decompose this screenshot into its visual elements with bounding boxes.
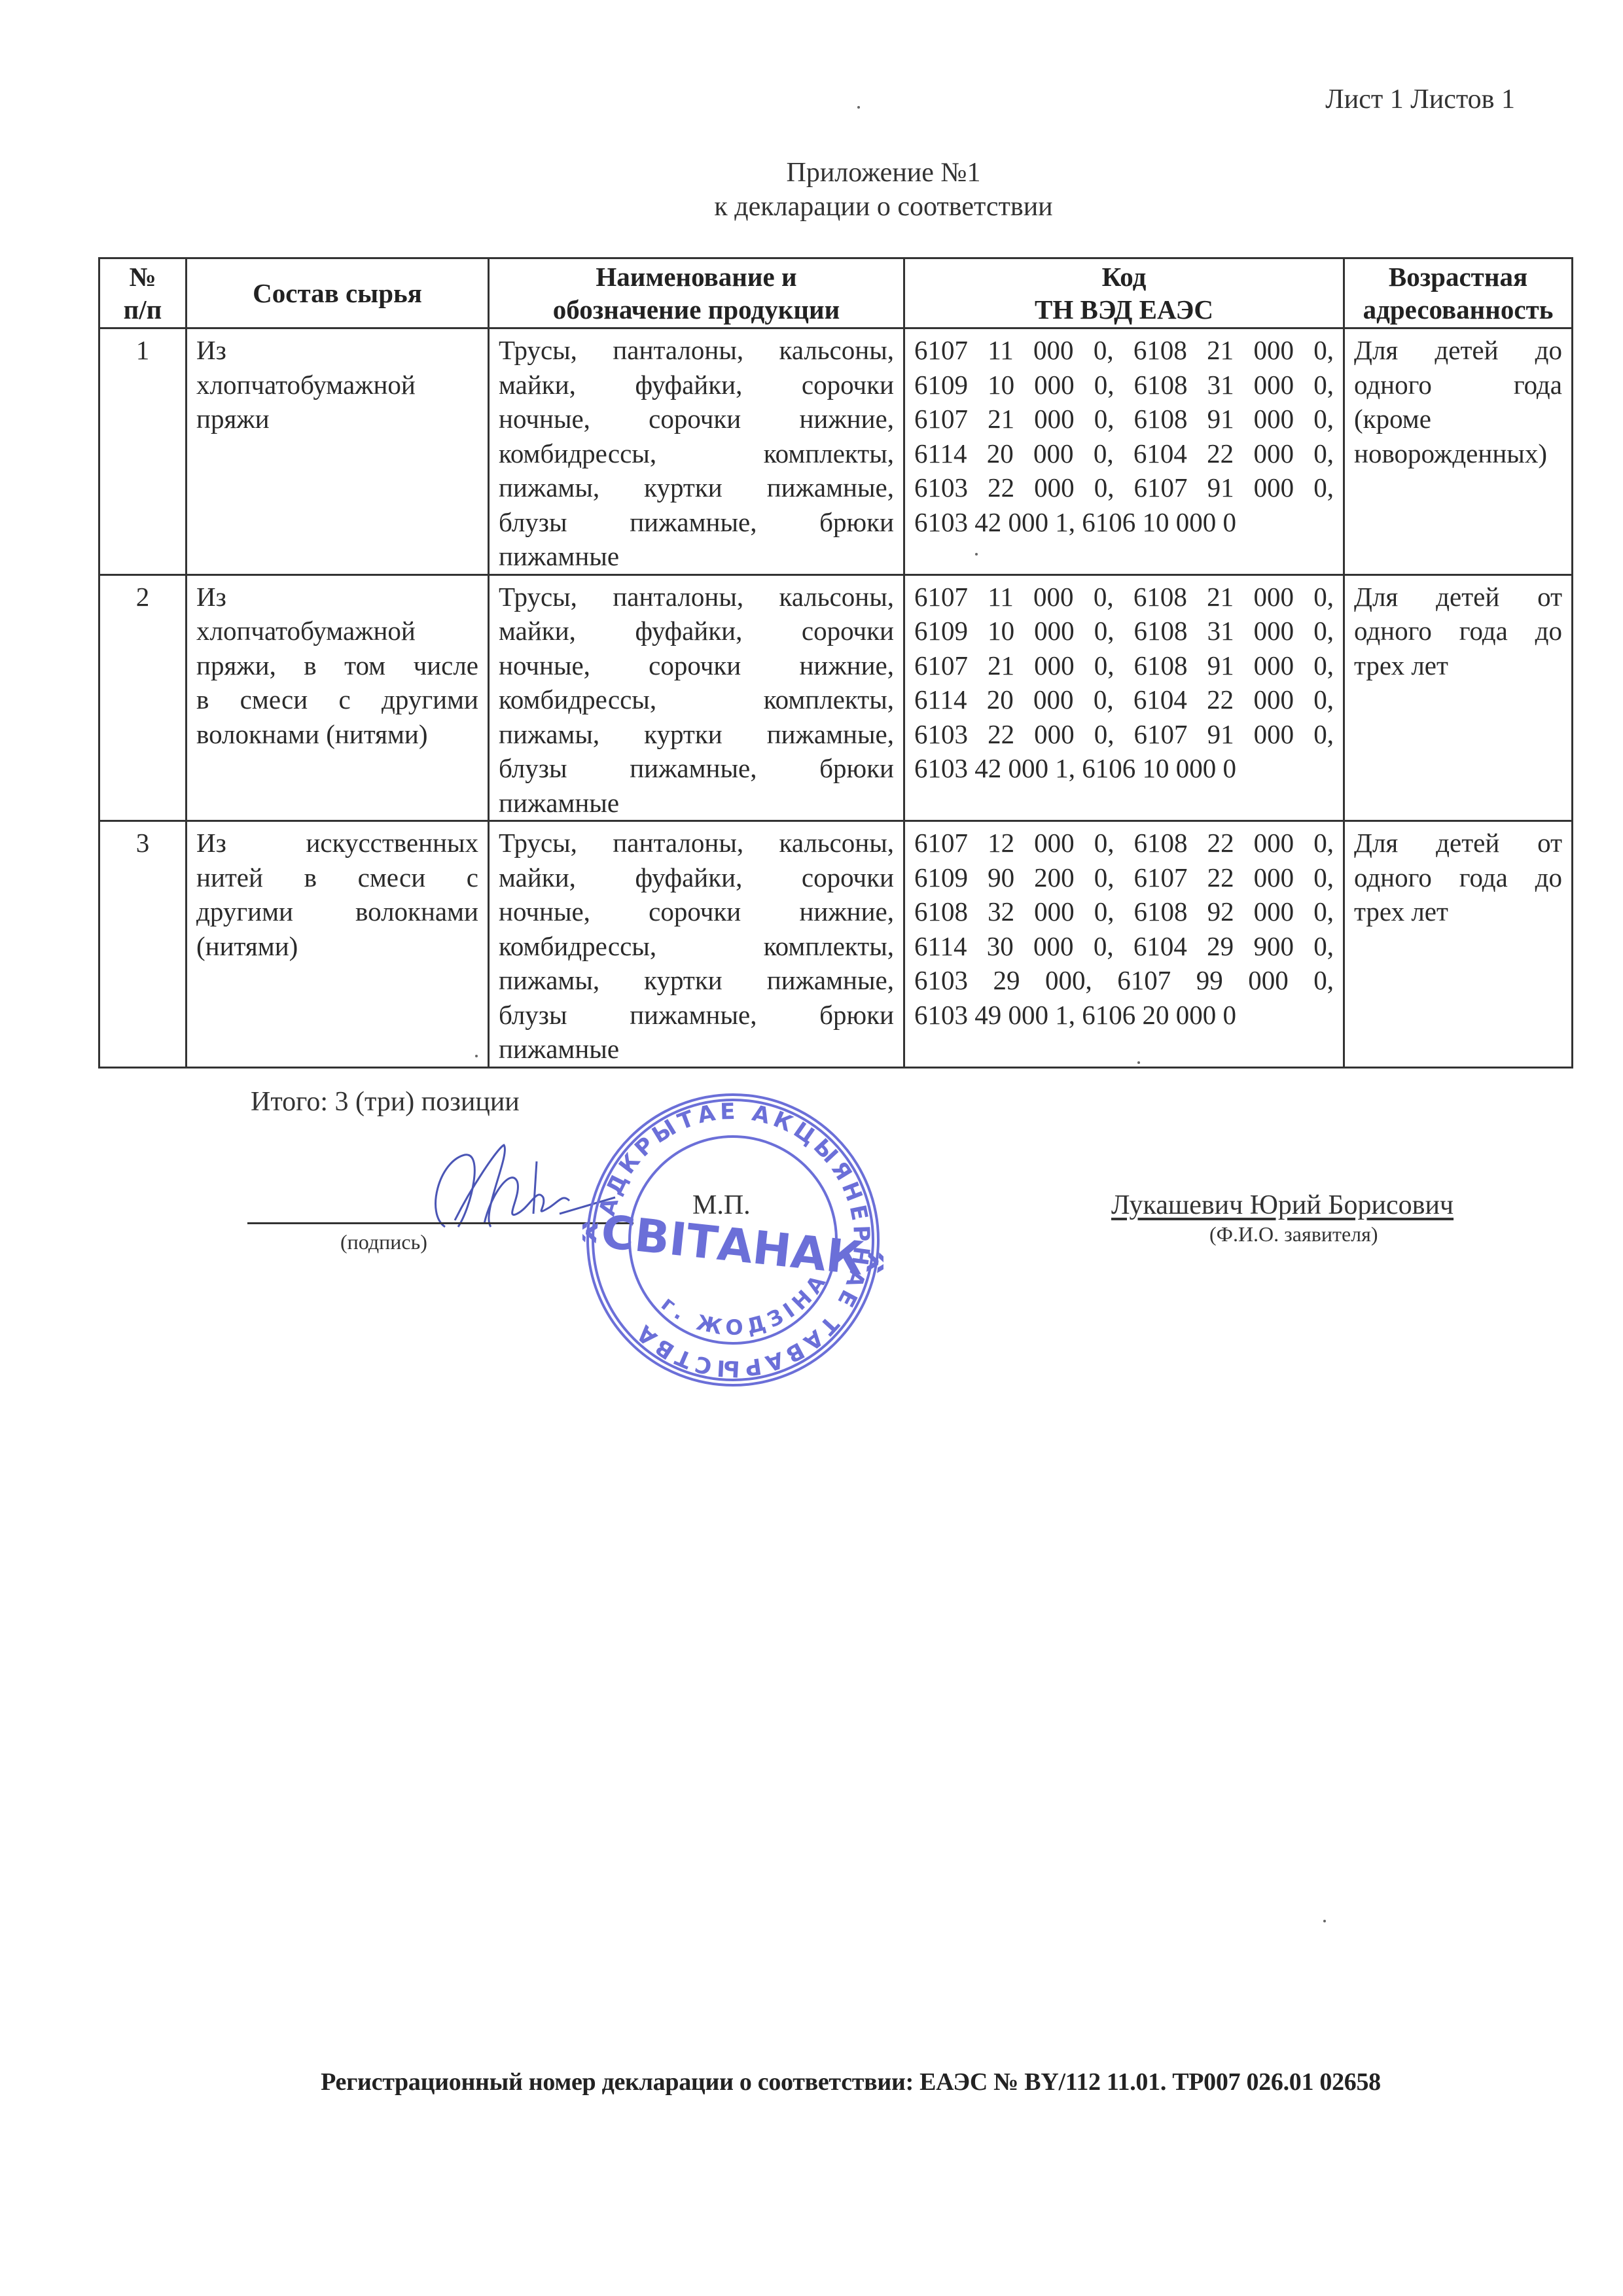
appendix-subtitle: к декларации о соответствии — [0, 190, 1623, 224]
code-cell-line: 6114 20 000 0, 6104 22 000 0, — [914, 682, 1334, 717]
material-cell-line: Из — [196, 333, 478, 368]
code-cell-line: 6107 21 000 0, 6108 91 000 0, — [914, 648, 1334, 683]
age-cell: Для детей доодного года(кроменоворожденн… — [1344, 328, 1573, 575]
registration-number: Регистрационный номер декларации о соотв… — [0, 2068, 1623, 2096]
material-cell: Из искусственныхнитей в смеси сдругими в… — [187, 821, 489, 1068]
col-header-material: Состав сырья — [187, 258, 489, 328]
row-number: 3 — [99, 821, 187, 1068]
seal-mark: М.П. — [692, 1190, 751, 1221]
code-cell-line: 6103 42 000 1, 6106 10 000 0 — [914, 505, 1334, 540]
table-header-row: №п/п Состав сырья Наименование иобозначе… — [99, 258, 1573, 328]
material-cell-line: Из — [196, 580, 478, 614]
age-cell: Для детей отодного года дотрех лет — [1344, 574, 1573, 821]
material-cell-line: в смеси с другими — [196, 682, 478, 717]
code-cell-line: 6109 10 000 0, 6108 31 000 0, — [914, 368, 1334, 402]
code-cell: 6107 11 000 0, 6108 21 000 0,6109 10 000… — [904, 328, 1344, 575]
code-cell: 6107 11 000 0, 6108 21 000 0,6109 10 000… — [904, 574, 1344, 821]
age-cell: Для детей отодного года дотрех лет — [1344, 821, 1573, 1068]
appendix-heading: Приложение №1 к декларации о соответстви… — [0, 156, 1623, 224]
code-cell-line: 6103 29 000, 6107 99 000 0, — [914, 963, 1334, 998]
scan-speck — [857, 106, 860, 109]
product-cell-line: комбидрессы, комплекты, — [499, 436, 894, 471]
code-cell-line: 6108 32 000 0, 6108 92 000 0, — [914, 894, 1334, 929]
product-cell: Трусы, панталоны, кальсоны,майки, фуфайк… — [489, 821, 904, 1068]
age-cell-line: трех лет — [1354, 894, 1562, 929]
scan-speck — [475, 1055, 478, 1057]
product-cell-line: пижамные — [499, 1032, 894, 1067]
company-seal-stamp: АДКРЫТАЕ АКЦЫЯНЕРНАЕ ТАВАРЫСТВА г. ЖОДЗІ… — [582, 1089, 883, 1390]
product-cell-line: блузы пижамные, брюки — [499, 998, 894, 1033]
code-cell: 6107 12 000 0, 6108 22 000 0,6109 90 200… — [904, 821, 1344, 1068]
product-cell: Трусы, панталоны, кальсоны,майки, фуфайк… — [489, 328, 904, 575]
material-cell: Изхлопчатобумажнойпряжи — [187, 328, 489, 575]
age-cell-line: одного года — [1354, 368, 1562, 402]
col-header-number: №п/п — [99, 258, 187, 328]
material-cell-line: хлопчатобумажной — [196, 368, 478, 402]
code-cell-line: 6103 49 000 1, 6106 20 000 0 — [914, 998, 1334, 1033]
total-positions: Итого: 3 (три) позиции — [251, 1086, 520, 1118]
scan-speck — [975, 553, 978, 556]
material-cell-line: другими волокнами — [196, 894, 478, 929]
applicant-caption: (Ф.И.О. заявителя) — [1209, 1222, 1378, 1246]
table-row: 1ИзхлопчатобумажнойпряжиТрусы, панталоны… — [99, 328, 1573, 575]
code-cell-line: 6107 21 000 0, 6108 91 000 0, — [914, 402, 1334, 436]
product-cell-line: пижамы, куртки пижамные, — [499, 470, 894, 505]
scan-speck — [1137, 1061, 1140, 1064]
product-cell-line: пижамы, куртки пижамные, — [499, 963, 894, 998]
product-cell-line: пижамы, куртки пижамные, — [499, 717, 894, 752]
product-cell-line: майки, фуфайки, сорочки — [499, 860, 894, 895]
age-cell-line: одного года до — [1354, 614, 1562, 648]
age-cell-line: Для детей от — [1354, 580, 1562, 614]
age-cell-line: Для детей от — [1354, 826, 1562, 860]
code-cell-line: 6103 22 000 0, 6107 91 000 0, — [914, 470, 1334, 505]
age-cell-line: (кроме — [1354, 402, 1562, 436]
material-cell-line: (нитями) — [196, 929, 478, 964]
table-row: 3Из искусственныхнитей в смеси сдругими … — [99, 821, 1573, 1068]
product-cell: Трусы, панталоны, кальсоны,майки, фуфайк… — [489, 574, 904, 821]
applicant-name: Лукашевич Юрий Борисович — [1111, 1190, 1454, 1221]
row-number: 1 — [99, 328, 187, 575]
product-cell-line: ночные, сорочки нижние, — [499, 648, 894, 683]
product-cell-line: комбидрессы, комплекты, — [499, 682, 894, 717]
material-cell-line: пряжи — [196, 402, 478, 436]
product-cell-line: блузы пижамные, брюки — [499, 751, 894, 786]
product-cell-line: пижамные — [499, 539, 894, 574]
material-cell-line: нитей в смеси с — [196, 860, 478, 895]
code-cell-line: 6109 90 200 0, 6107 22 000 0, — [914, 860, 1334, 895]
material-cell-line: пряжи, в том числе — [196, 648, 478, 683]
code-cell-line: 6107 12 000 0, 6108 22 000 0, — [914, 826, 1334, 860]
age-cell-line: одного года до — [1354, 860, 1562, 895]
material-cell-line: хлопчатобумажной — [196, 614, 478, 648]
material-cell-line: волокнами (нитями) — [196, 717, 478, 752]
code-cell-line: 6103 22 000 0, 6107 91 000 0, — [914, 717, 1334, 752]
col-header-age: Возрастнаяадресованность — [1344, 258, 1573, 328]
products-table: №п/п Состав сырья Наименование иобозначе… — [98, 257, 1573, 1069]
signature-line — [247, 1222, 633, 1224]
product-cell-line: ночные, сорочки нижние, — [499, 402, 894, 436]
code-cell-line: 6103 42 000 1, 6106 10 000 0 — [914, 751, 1334, 786]
product-cell-line: пижамные — [499, 786, 894, 821]
age-cell-line: трех лет — [1354, 648, 1562, 683]
signature-caption: (подпись) — [340, 1230, 427, 1254]
col-header-product: Наименование иобозначение продукции — [489, 258, 904, 328]
material-cell-line: Из искусственных — [196, 826, 478, 860]
product-cell-line: Трусы, панталоны, кальсоны, — [499, 826, 894, 860]
age-cell-line: новорожденных) — [1354, 436, 1562, 471]
product-cell-line: майки, фуфайки, сорочки — [499, 614, 894, 648]
code-cell-line: 6107 11 000 0, 6108 21 000 0, — [914, 580, 1334, 614]
appendix-title: Приложение №1 — [0, 156, 1623, 190]
age-cell-line: Для детей до — [1354, 333, 1562, 368]
product-cell-line: ночные, сорочки нижние, — [499, 894, 894, 929]
code-cell-line: 6107 11 000 0, 6108 21 000 0, — [914, 333, 1334, 368]
row-number: 2 — [99, 574, 187, 821]
table-row: 2Изхлопчатобумажнойпряжи, в том числев с… — [99, 574, 1573, 821]
product-cell-line: блузы пижамные, брюки — [499, 505, 894, 540]
code-cell-line: 6114 20 000 0, 6104 22 000 0, — [914, 436, 1334, 471]
code-cell-line: 6114 30 000 0, 6104 29 900 0, — [914, 929, 1334, 964]
product-cell-line: Трусы, панталоны, кальсоны, — [499, 333, 894, 368]
product-cell-line: комбидрессы, комплекты, — [499, 929, 894, 964]
col-header-code: КодТН ВЭД ЕАЭС — [904, 258, 1344, 328]
sheet-info: Лист 1 Листов 1 — [1325, 84, 1515, 115]
code-cell-line: 6109 10 000 0, 6108 31 000 0, — [914, 614, 1334, 648]
product-cell-line: Трусы, панталоны, кальсоны, — [499, 580, 894, 614]
scan-speck — [1323, 1920, 1326, 1922]
material-cell: Изхлопчатобумажнойпряжи, в том числев см… — [187, 574, 489, 821]
product-cell-line: майки, фуфайки, сорочки — [499, 368, 894, 402]
